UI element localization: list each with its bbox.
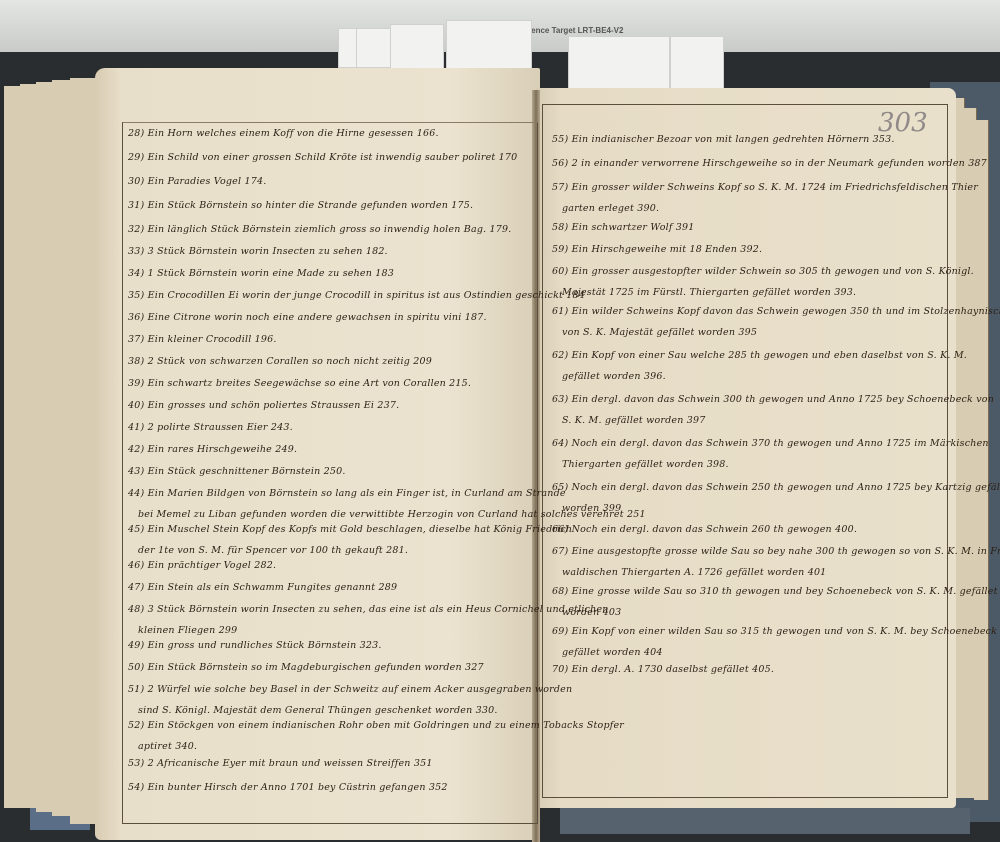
list-item: 59) Ein Hirschgeweihe mit 18 Enden 392. [552,244,762,255]
list-item: 38) 2 Stück von schwarzen Corallen so no… [128,356,432,367]
paper-tab [670,36,724,94]
list-item: 40) Ein grosses und schön poliertes Stra… [128,400,399,411]
list-item: 52) Ein Stöckgen von einem indianischen … [128,720,624,752]
list-item: 58) Ein schwartzer Wolf 391 [552,222,695,233]
paper-tab [356,28,394,68]
list-item: 31) Ein Stück Börnstein so hinter die St… [128,200,473,211]
list-item: 60) Ein grosser ausgestopfter wilder Sch… [552,266,974,298]
list-item: 36) Eine Citrone worin noch eine andere … [128,312,487,323]
list-item: 32) Ein länglich Stück Börnstein ziemlic… [128,224,512,235]
list-item: 45) Ein Muschel Stein Kopf des Kopfs mit… [128,524,572,556]
list-item: 67) Eine ausgestopfte grosse wilde Sau s… [552,546,1000,578]
list-item: 54) Ein bunter Hirsch der Anno 1701 bey … [128,782,448,793]
book-cover-bottom [560,808,970,834]
list-item: 33) 3 Stück Börnstein worin Insecten zu … [128,246,388,257]
list-item: 65) Noch ein dergl. davon das Schwein 25… [552,482,1000,514]
list-item: 48) 3 Stück Börnstein worin Insecten zu … [128,604,609,636]
list-item: 64) Noch ein dergl. davon das Schwein 37… [552,438,989,470]
list-item: 70) Ein dergl. A. 1730 daselbst gefället… [552,664,774,675]
list-item: 41) 2 polirte Straussen Eier 243. [128,422,293,433]
list-item: 42) Ein rares Hirschgeweihe 249. [128,444,297,455]
list-item: 61) Ein wilder Schweins Kopf davon das S… [552,306,1000,338]
list-item: 62) Ein Kopf von einer Sau welche 285 th… [552,350,967,382]
list-item: 39) Ein schwartz breites Seegewächse so … [128,378,471,389]
list-item: 51) 2 Würfel wie solche bey Basel in der… [128,684,572,716]
list-item: 30) Ein Paradies Vogel 174. [128,176,266,187]
list-item: 63) Ein dergl. davon das Schwein 300 th … [552,394,994,426]
list-item: 69) Ein Kopf von einer wilden Sau so 315… [552,626,997,658]
list-item: 49) Ein gross und rundliches Stück Börns… [128,640,382,651]
paper-tab [390,24,444,70]
list-item: 35) Ein Crocodillen Ei worin der junge C… [128,290,585,301]
list-item: 55) Ein indianischer Bezoar von mit lang… [552,134,895,145]
list-item: 68) Eine grosse wilde Sau so 310 th gewo… [552,586,998,618]
list-item: 29) Ein Schild von einer grossen Schild … [128,152,517,163]
list-item: 56) 2 in einander verworrene Hirschgewei… [552,158,987,169]
list-item: 53) 2 Africanische Eyer mit braun und we… [128,758,433,769]
list-item: 50) Ein Stück Börnstein so im Magdeburgi… [128,662,484,673]
list-item: 43) Ein Stück geschnittener Börnstein 25… [128,466,346,477]
list-item: 47) Ein Stein als ein Schwamm Fungites g… [128,582,397,593]
list-item: 57) Ein grosser wilder Schweins Kopf so … [552,182,978,214]
list-item: 46) Ein prächtiger Vogel 282. [128,560,276,571]
list-item: 66) Noch ein dergl. davon das Schwein 26… [552,524,857,535]
list-item: 37) Ein kleiner Crocodill 196. [128,334,277,345]
list-item: 28) Ein Horn welches einem Koff von die … [128,128,439,139]
list-item: 34) 1 Stück Börnstein worin eine Made zu… [128,268,394,279]
